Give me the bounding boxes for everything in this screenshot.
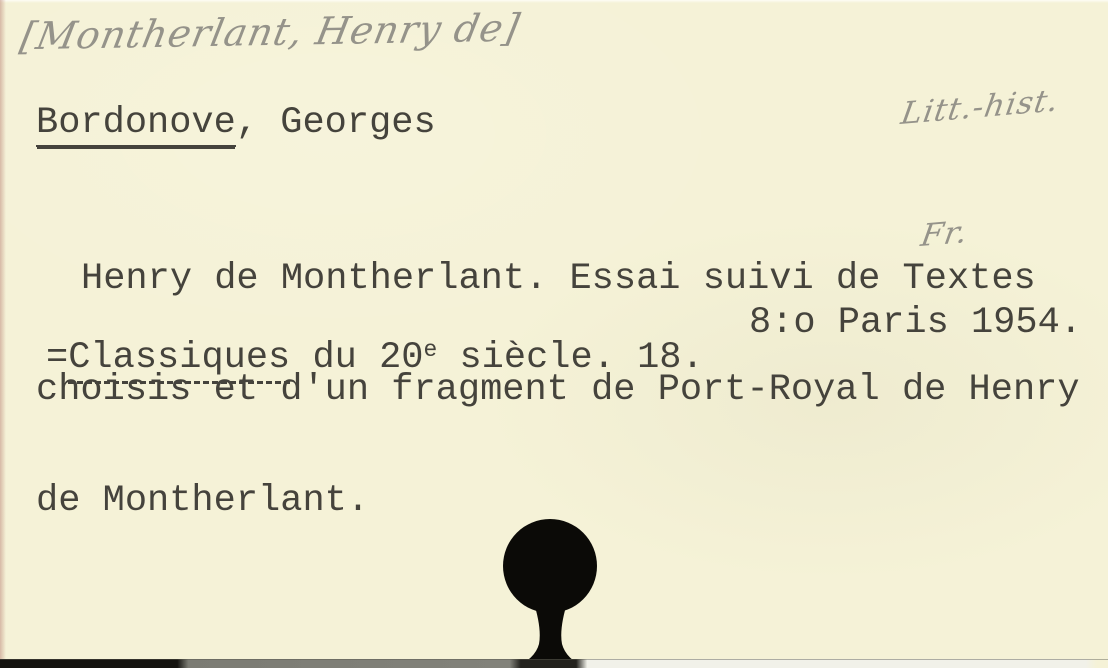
imprint-statement: 8:o Paris 1954. — [749, 302, 1082, 344]
title-line: Henry de Montherlant. Essai suivi de Tex… — [36, 261, 1080, 298]
series-title: Classiques — [68, 337, 290, 384]
series-statement: =Classiques du 20e siècle. 18. — [46, 337, 704, 384]
author-surname: Bordonove — [36, 102, 236, 147]
scan-top-edge — [0, 0, 1108, 3]
punch-hole-slot — [514, 600, 586, 668]
series-equals-sign: = — [46, 337, 68, 379]
author-heading: Bordonove, Georges — [36, 102, 436, 147]
title-statement: Henry de Montherlant. Essai suivi de Tex… — [36, 187, 1080, 594]
classification-subject: Litt.-hist. — [865, 77, 1096, 138]
handwritten-author-annotation: [Montherlant, Henry de] — [17, 6, 524, 59]
series-ordinal-superscript: e — [424, 337, 438, 363]
catalog-card: [Montherlant, Henry de] Litt.-hist. Fr. … — [0, 0, 1108, 668]
series-middle: du 20 — [290, 337, 423, 379]
title-line: de Montherlant. — [36, 483, 1080, 520]
scan-left-edge — [0, 0, 6, 662]
author-forename: , Georges — [236, 102, 436, 144]
scan-bottom-edge — [0, 659, 1108, 668]
series-number: siècle. 18. — [437, 337, 703, 379]
